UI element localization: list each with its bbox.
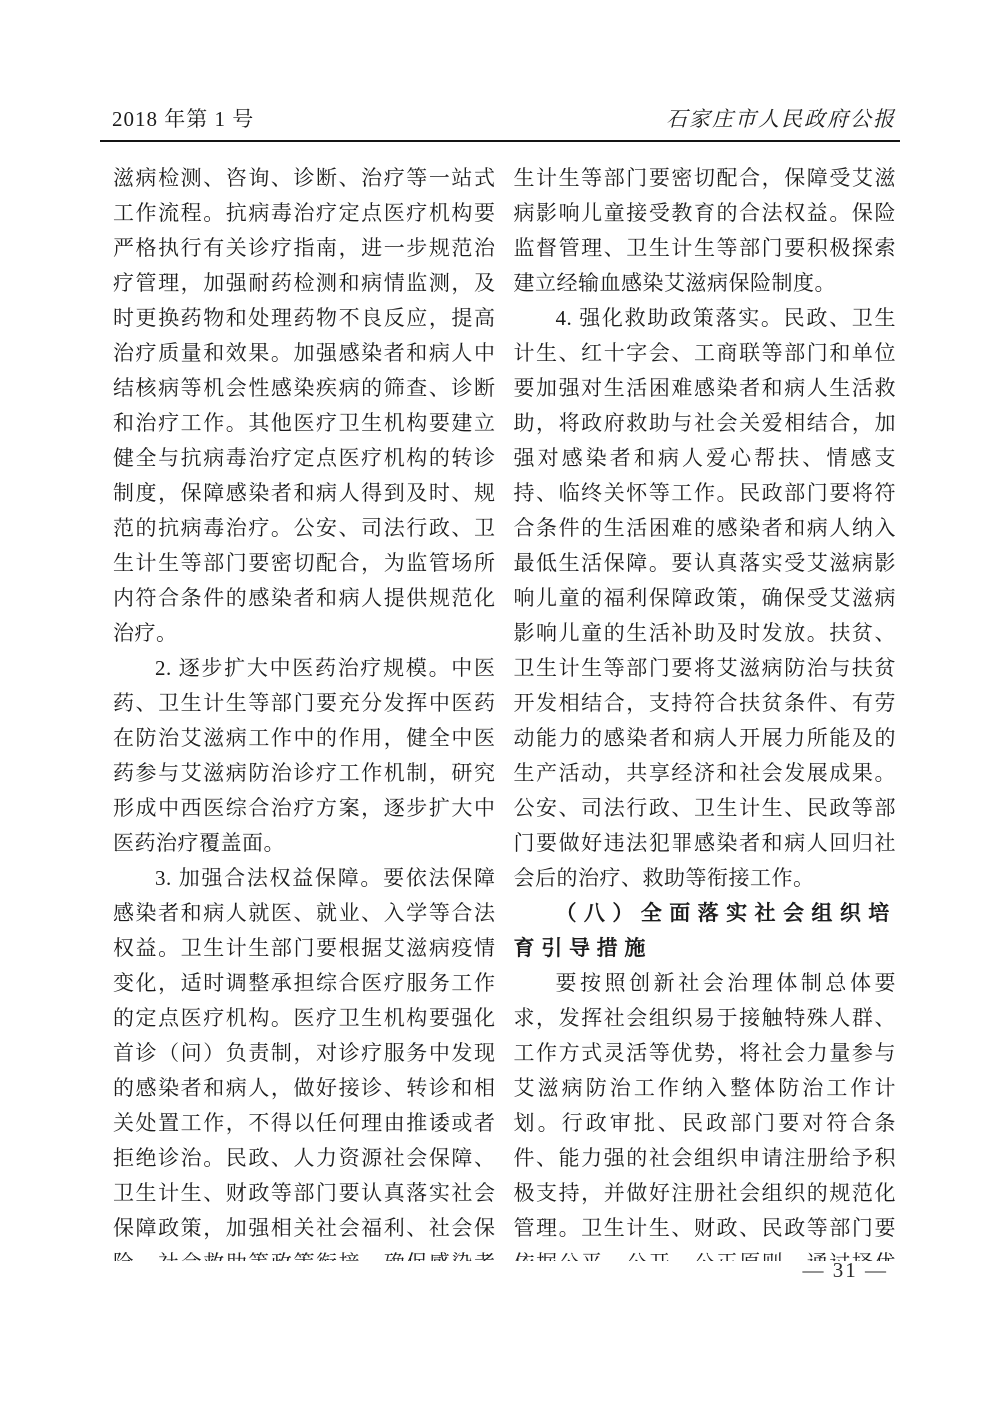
paragraph-item-2: 2. 逐步扩大中医药治疗规模。中医药、卫生计生等部门要充分发挥中医药在防治艾滋病… bbox=[113, 651, 496, 861]
paragraph-item-4: 4. 强化救助政策落实。民政、卫生计生、红十字会、工商联等部门和单位要加强对生活… bbox=[514, 301, 897, 896]
page-header: 2018 年第 1 号 石家庄市人民政府公报 bbox=[112, 104, 896, 134]
gazette-page: 2018 年第 1 号 石家庄市人民政府公报 滋病检测、咨询、诊断、治疗等一站式… bbox=[0, 0, 1000, 1414]
paragraph-continuation: 滋病检测、咨询、诊断、治疗等一站式工作流程。抗病毒治疗定点医疗机构要严格执行有关… bbox=[113, 161, 496, 651]
issue-number: 2018 年第 1 号 bbox=[112, 104, 254, 134]
section-heading: （八）全面落实社会组织培育引导措施 bbox=[514, 896, 897, 966]
paragraph-continuation: 生计生等部门要密切配合，保障受艾滋病影响儿童接受教育的合法权益。保险监督管理、卫… bbox=[514, 161, 897, 301]
header-rule bbox=[100, 140, 900, 142]
paragraph-item-3: 3. 加强合法权益保障。要依法保障感染者和病人就医、就业、入学等合法权益。卫生计… bbox=[113, 861, 496, 1261]
paragraph-body: 要按照创新社会治理体制总体要求，发挥社会组织易于接触特殊人群、工作方式灵活等优势… bbox=[514, 966, 897, 1261]
gazette-title: 石家庄市人民政府公报 bbox=[666, 104, 896, 134]
right-column: 生计生等部门要密切配合，保障受艾滋病影响儿童接受教育的合法权益。保险监督管理、卫… bbox=[514, 161, 897, 1261]
page-number: — 31 — bbox=[803, 1254, 889, 1286]
left-column: 滋病检测、咨询、诊断、治疗等一站式工作流程。抗病毒治疗定点医疗机构要严格执行有关… bbox=[113, 161, 496, 1261]
body-columns: 滋病检测、咨询、诊断、治疗等一站式工作流程。抗病毒治疗定点医疗机构要严格执行有关… bbox=[113, 161, 896, 1261]
